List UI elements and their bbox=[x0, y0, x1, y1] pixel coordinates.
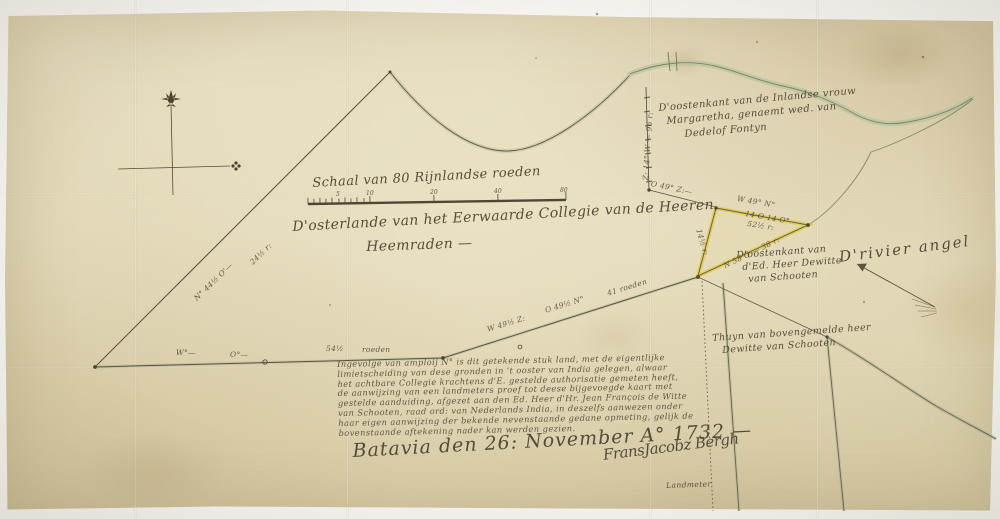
garden-strip-west-dotted bbox=[702, 281, 713, 511]
scale-tick-label: 10 bbox=[366, 190, 374, 197]
edge-annotation: O°— bbox=[230, 350, 248, 359]
east-parcel-line bbox=[827, 337, 844, 511]
flow-arrow bbox=[857, 264, 937, 318]
scale-tick-label: 80 bbox=[560, 187, 568, 194]
scanned-map-page: Schaal van 80 Rijnlandse roeden 5 10 20 … bbox=[0, 0, 1000, 519]
mid-diagonal bbox=[443, 277, 698, 358]
signature-role: Landmeter bbox=[666, 479, 712, 490]
scale-tick-label: 5 bbox=[336, 191, 340, 198]
compass-rose bbox=[118, 90, 241, 195]
compass-east-ornament bbox=[231, 161, 240, 170]
edge-annotation: W°— bbox=[176, 348, 196, 357]
river-hook-boundary bbox=[808, 99, 973, 225]
edge-annotation: 54½ bbox=[326, 344, 344, 353]
scale-tick-label: 20 bbox=[430, 189, 438, 196]
garden-strip-east bbox=[723, 283, 739, 511]
edge-annotation: roeden bbox=[362, 345, 390, 354]
scale-tick-label: 40 bbox=[494, 188, 502, 195]
